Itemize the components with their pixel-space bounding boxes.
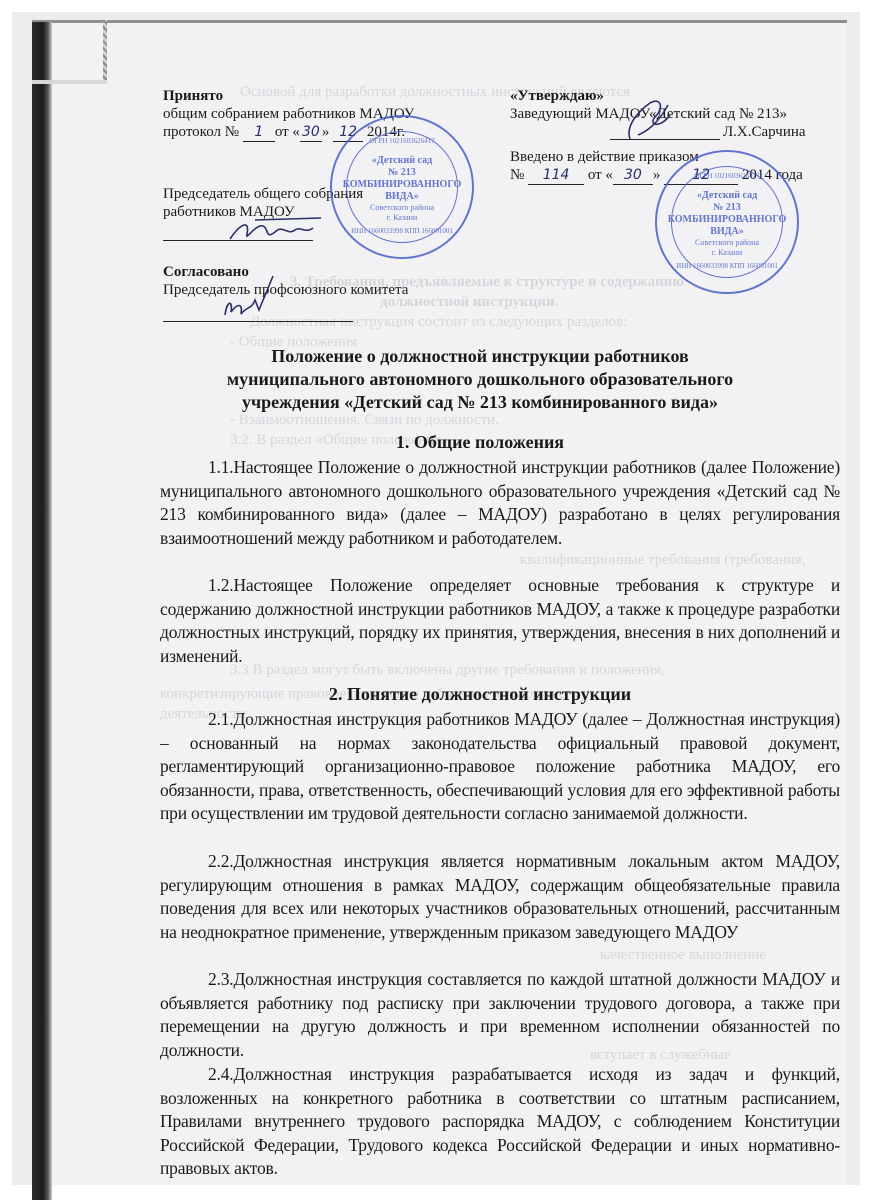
- signature-line: [163, 321, 353, 322]
- signature-icon: [620, 95, 680, 145]
- paragraph-1-1: 1.1.Настоящее Положение о должностной ин…: [160, 456, 840, 550]
- accepted-heading: Принято: [163, 87, 223, 105]
- signature-icon: [225, 214, 325, 246]
- paragraph-1-2: 1.2.Настоящее Положение определяет основ…: [160, 574, 840, 668]
- enacted-text: Введено в действие приказом: [510, 148, 699, 166]
- approved-heading: «Утверждаю»: [510, 87, 604, 105]
- protocol-day: 30: [300, 123, 322, 142]
- paragraph-2-1: 2.1.Должностная инструкция работников МА…: [160, 708, 840, 826]
- approved-signer: Л.Х.Сарчина: [723, 123, 806, 141]
- paragraph-2-2: 2.2.Должностная инструкция является норм…: [160, 850, 840, 944]
- paragraph-2-3: 2.3.Должностная инструкция составляется …: [160, 968, 840, 1062]
- binding-thread: [103, 20, 107, 82]
- binding-thread-horizontal: [32, 80, 107, 84]
- order-number: 114: [528, 166, 584, 185]
- section-heading-1: 1. Общие положения: [160, 432, 800, 453]
- paragraph-2-4: 2.4.Должностная инструкция разрабатывает…: [160, 1063, 840, 1181]
- order-day: 30: [613, 166, 653, 185]
- binding-shadow: [32, 22, 52, 1200]
- protocol-number: 1: [243, 123, 275, 142]
- page-top-edge: [32, 20, 847, 23]
- official-stamp-right: ОГРН 1021603626417 «Детский сад № 213 КО…: [655, 150, 799, 294]
- official-stamp-left: ОГРН 1021603626417 «Детский сад № 213 КО…: [330, 115, 474, 259]
- signature-icon: [215, 270, 295, 320]
- section-heading-2: 2. Понятие должностной инструкции: [160, 684, 800, 705]
